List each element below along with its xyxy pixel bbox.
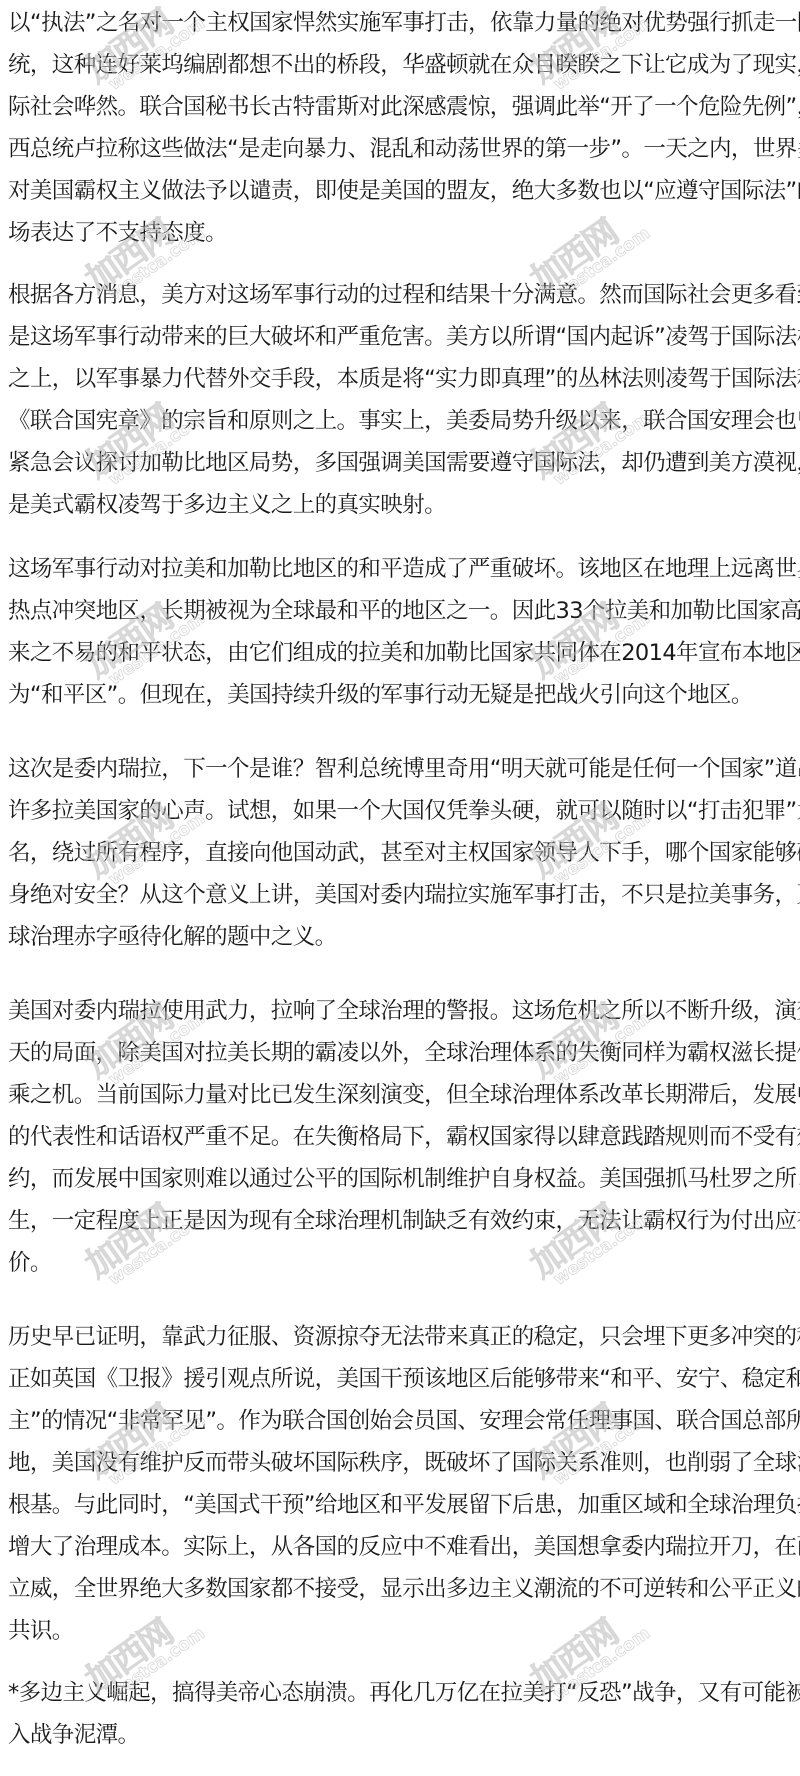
text-line: 的代表性和话语权严重不足。在失衡格局下，霸权国家得以肆意践踏规则而不受有效制: [8, 1122, 800, 1152]
text-line: 许多拉美国家的心声。试想，如果一个大国仅凭拳头硬，就可以随时以“打击犯罪”为: [8, 796, 800, 826]
text-line: 价。: [8, 1248, 52, 1278]
text-line: 共识。: [8, 1616, 74, 1646]
text-line: 身绝对安全？从这个意义上讲，美国对委内瑞拉实施军事打击，不只是拉美事务，更是全: [8, 880, 800, 910]
text-line: 热点冲突地区，长期被视为全球最和平的地区之一。因此33个拉美和加勒比国家高度珍惜: [8, 596, 800, 626]
text-line: 紧急会议探讨加勒比地区局势，多国强调美国需要遵守国际法，却仍遭到美方漠视，这也: [8, 448, 800, 478]
text-line: 球治理赤字亟待化解的题中之义。: [8, 922, 337, 952]
text-line: 名，绕过所有程序，直接向他国动武，甚至对主权国家领导人下手，哪个国家能够确保自: [8, 838, 800, 868]
text-line: 天的局面，除美国对拉美长期的霸凌以外，全球治理体系的失衡同样为霸权滋长提供了可: [8, 1038, 800, 1068]
text-line: 正如英国《卫报》援引观点所说，美国干预该地区后能够带来“和平、安宁、稳定和民: [8, 1364, 800, 1394]
text-line: 立威，全世界绝大多数国家都不接受，显示出多边主义潮流的不可逆转和公平正义的广泛: [8, 1574, 800, 1604]
text-line: 地，美国没有维护反而带头破坏国际秩序，既破坏了国际关系准则，也削弱了全球治理的: [8, 1448, 800, 1478]
text-line: 根基。与此同时，“美国式干预”给地区和平发展留下后患，加重区域和全球治理负担，: [8, 1490, 800, 1520]
text-line: 入战争泥潭。: [8, 1720, 139, 1750]
text-line: 约，而发展中国家则难以通过公平的国际机制维护自身权益。美国强抓马杜罗之所以能发: [8, 1164, 800, 1194]
text-line: 增大了治理成本。实际上，从各国的反应中不难看出，美国想拿委内瑞拉开刀，在西半球: [8, 1532, 800, 1562]
text-line: 为“和平区”。但现在，美国持续升级的军事行动无疑是把战火引向这个地区。: [8, 680, 753, 710]
text-line: 场表达了不支持态度。: [8, 218, 227, 248]
text-line: 以“执法”之名对一个主权国家悍然实施军事打击，依靠力量的绝对优势强行抓走一国总: [8, 8, 800, 38]
text-line: 西总统卢拉称这些做法“是走向暴力、混乱和动荡世界的第一步”。一天之内，世界多国: [8, 134, 800, 164]
watermark-logo: 加西网westca.com: [69, 1177, 211, 1314]
text-line: 是美式霸权凌驾于多边主义之上的真实映射。: [8, 490, 446, 520]
text-line: 乘之机。当前国际力量对比已发生深刻演变，但全球治理体系改革长期滞后，发展中国家: [8, 1080, 800, 1110]
text-line: 根据各方消息，美方对这场军事行动的过程和结果十分满意。然而国际社会更多看到的却: [8, 280, 800, 310]
text-line: 际社会哗然。联合国秘书长古特雷斯对此深感震惊，强调此举“开了一个危险先例”，巴: [8, 92, 800, 122]
text-line: 历史早已证明，靠武力征服、资源掠夺无法带来真正的稳定，只会埋下更多冲突的种子。: [8, 1322, 800, 1352]
text-line: 主”的情况“非常罕见”。作为联合国创始会员国、安理会常任理事国、联合国总部所在: [8, 1406, 800, 1436]
text-line: *多边主义崛起，搞得美帝心态崩溃。再化几万亿在拉美打“反恐”战争，又有可能被拖: [8, 1678, 800, 1708]
text-line: 之上，以军事暴力代替外交手段，本质是将“实力即真理”的丛林法则凌驾于国际法和: [8, 364, 800, 394]
text-line: 来之不易的和平状态，由它们组成的拉美和加勒比国家共同体在2014年宣布本地区: [8, 638, 800, 668]
text-line: 这次是委内瑞拉，下一个是谁？智利总统博里奇用“明天就可能是任何一个国家”道出了: [8, 754, 800, 784]
text-line: 《联合国宪章》的宗旨和原则之上。事实上，美委局势升级以来，联合国安理会也曾召开: [8, 406, 800, 436]
text-line: 美国对委内瑞拉使用武力，拉响了全球治理的警报。这场危机之所以不断升级，演变到今: [8, 996, 800, 1026]
text-line: 是这场军事行动带来的巨大破坏和严重危害。美方以所谓“国内起诉”凌驾于国际法权威: [8, 322, 800, 352]
watermark-logo: 加西网westca.com: [514, 1177, 656, 1314]
text-line: 生，一定程度上正是因为现有全球治理机制缺乏有效约束，无法让霸权行为付出应有的代: [8, 1206, 800, 1236]
text-line: 统，这种连好莱坞编剧都想不出的桥段，华盛顿就在众目睽睽之下让它成为了现实，令国: [8, 50, 800, 80]
text-line: 对美国霸权主义做法予以谴责，即使是美国的盟友，绝大多数也以“应遵守国际法”的立: [8, 176, 800, 206]
text-line: 这场军事行动对拉美和加勒比地区的和平造成了严重破坏。该地区在地理上远离世界主要: [8, 554, 800, 584]
watermark-logo: 加西网westca.com: [514, 377, 656, 514]
